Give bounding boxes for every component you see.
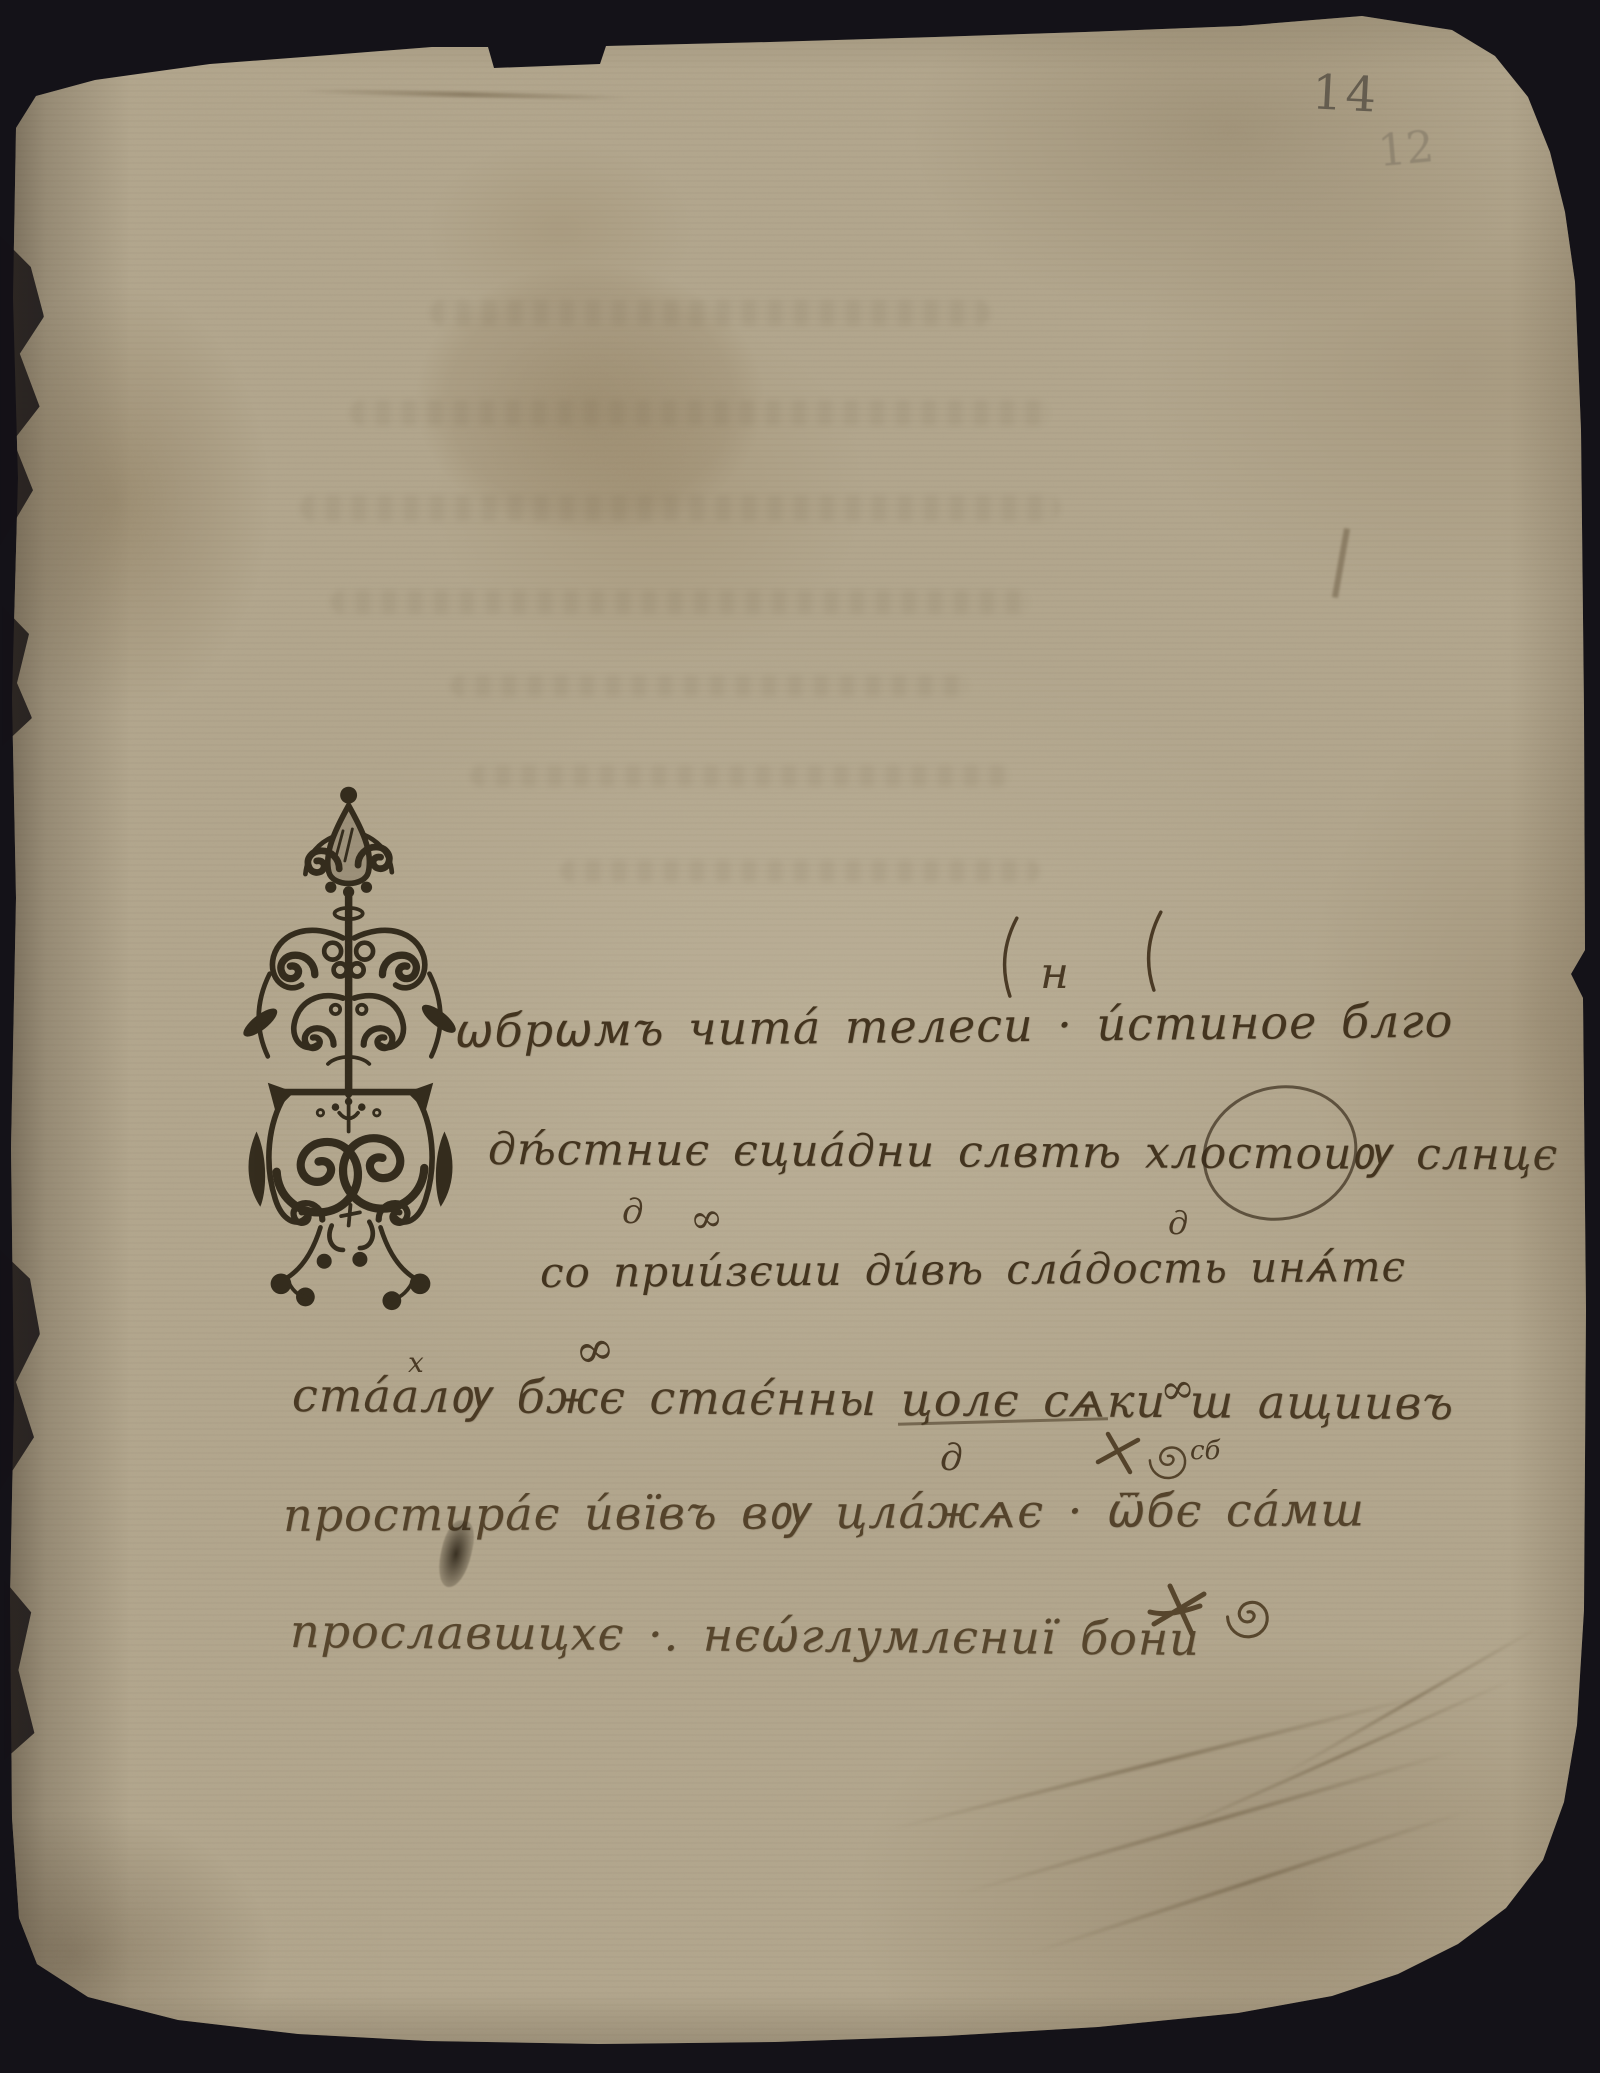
superscript-letter: д (622, 1192, 644, 1232)
manuscript-line-3: со прии́зєши ди́вѣ сла́дость инѧ́тє (540, 1246, 1406, 1294)
interlinear-hook-mark (1140, 906, 1166, 998)
manuscript-line-2: дѣ́стниє єциа́дни слвтѣ хлостоиѹ слнцє (488, 1128, 1558, 1178)
superscript-letter: д (940, 1438, 963, 1479)
bleedthrough-streak (300, 495, 1060, 521)
manuscript-line-4: ста́алѹ бжє стає́нны цолє сѧки ш ащиивъ (292, 1372, 1454, 1426)
folio-number-ghost: 12 (1376, 122, 1436, 178)
flourish-infinity: ∞ (1157, 1362, 1197, 1414)
terminal-flourish-cross-spiral (1090, 1422, 1200, 1486)
terminal-flourish-cross-spiral (1148, 1572, 1288, 1652)
pen-flourish-ornament (233, 782, 468, 1327)
superscript-letter: х (408, 1346, 424, 1379)
bleedthrough-streak (350, 400, 1050, 426)
manuscript-scan: 14 12 (0, 0, 1600, 2073)
bleedthrough-streak (450, 675, 970, 697)
manuscript-line-1: ѡбрѡмъ чита́ телеси · и́стиное блго (455, 998, 1454, 1054)
bleedthrough-streak (430, 300, 990, 326)
folio-number: 14 (1311, 64, 1381, 123)
interlinear-hook-mark (996, 912, 1022, 1004)
superscript-letter: д (1168, 1204, 1188, 1242)
bleedthrough-streak (330, 590, 1030, 614)
bleedthrough-streak (470, 765, 1010, 787)
bleedthrough-streak (560, 860, 1040, 882)
flourish-infinity: ∞ (687, 1194, 726, 1244)
manuscript-line-5: простира́є и́вївъ вѹ цла́жѧє · ѿбє са́мш (283, 1486, 1365, 1538)
manuscript-line-6: прославшцхє ·. нєѡ́глумлєниї бони (290, 1608, 1200, 1662)
superscript-letter: н (1040, 948, 1069, 999)
